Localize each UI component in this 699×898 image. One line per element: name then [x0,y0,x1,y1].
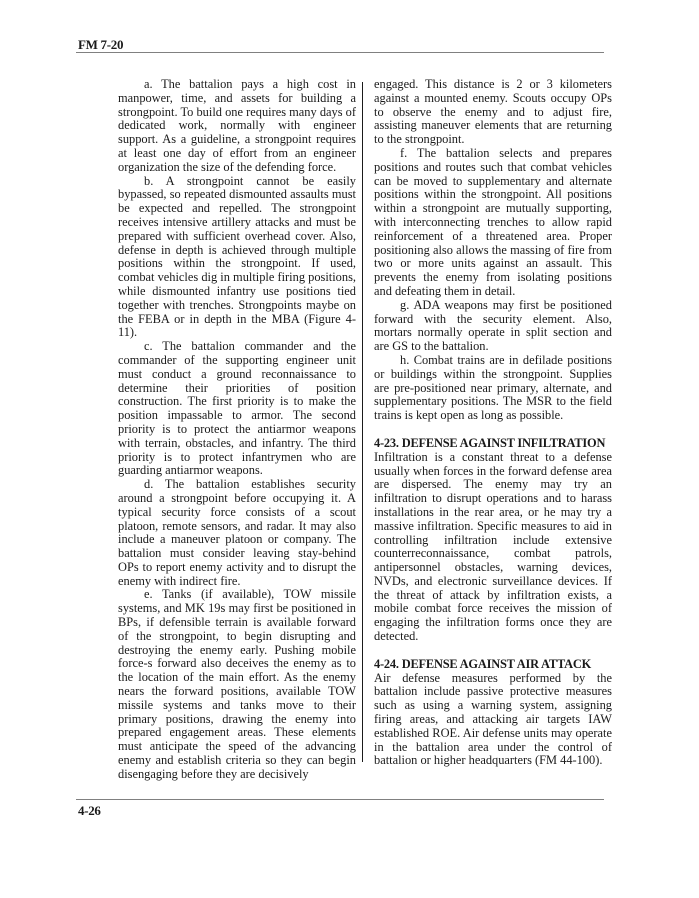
paragraph-g: g. ADA weapons may first be positioned f… [374,299,612,354]
paragraph-f: f. The battalion selects and prepares po… [374,147,612,299]
paragraph-a: a. The battalion pays a high cost in man… [118,78,356,175]
right-column: engaged. This distance is 2 or 3 kilomet… [374,78,612,768]
section-body-air-attack: Air defense measures performed by the ba… [374,672,612,769]
section-title-air-attack: 4-24. DEFENSE AGAINST AIR ATTACK [374,658,612,672]
paragraph-e: e. Tanks (if available), TOW missile sys… [118,588,356,781]
footer-rule [76,799,604,800]
column-divider [362,82,363,762]
paragraph-d: d. The battalion establishes security ar… [118,478,356,588]
paragraph-e-continuation: engaged. This distance is 2 or 3 kilomet… [374,78,612,147]
page-number: 4-26 [78,803,101,819]
paragraph-h: h. Combat trains are in defilade positio… [374,354,612,423]
section-title-infiltration: 4-23. DEFENSE AGAINST INFILTRATION [374,437,612,451]
paragraph-b: b. A strongpoint cannot be easily bypass… [118,175,356,341]
left-column: a. The battalion pays a high cost in man… [118,78,356,782]
running-header: FM 7-20 [78,37,123,53]
section-body-infiltration: Infiltration is a constant threat to a d… [374,451,612,644]
paragraph-c: c. The battalion commander and the comma… [118,340,356,478]
header-rule [76,52,604,53]
